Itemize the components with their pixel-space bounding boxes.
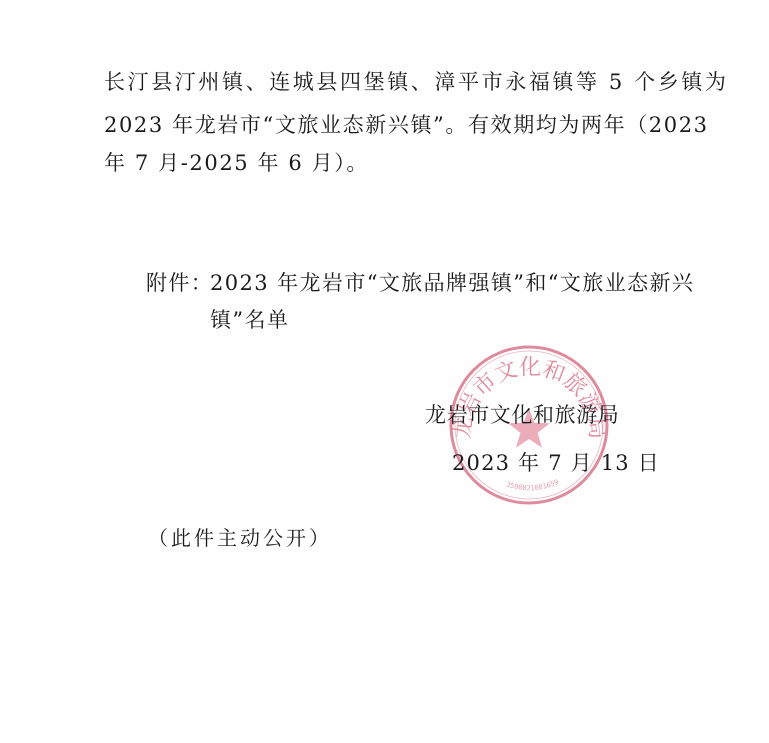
disclosure-note: （此件主动公开） — [148, 525, 332, 551]
signing-organization: 龙岩市文化和旅游局 — [425, 402, 619, 428]
document-page: 长汀县汀州镇、连城县四堡镇、漳平市永福镇等 5 个乡镇为 2023 年龙岩市“文… — [0, 0, 769, 743]
body-text-line-1: 长汀县汀州镇、连城县四堡镇、漳平市永福镇等 5 个乡镇为 — [104, 69, 729, 95]
body-text-line-3: 年 7 月-2025 年 6 月）。 — [104, 150, 369, 176]
attachment-label: 附件： — [146, 270, 213, 296]
attachment-title-line-2: 镇”名单 — [210, 307, 289, 333]
signing-date: 2023 年 7 月 13 日 — [452, 450, 660, 476]
seal-serial-number: 3508021001659 — [505, 478, 560, 492]
attachment-title-line-1: 2023 年龙岩市“文旅品牌强镇”和“文旅业态新兴 — [210, 270, 694, 296]
body-text-line-2: 2023 年龙岩市“文旅业态新兴镇”。有效期均为两年（2023 — [104, 112, 709, 138]
